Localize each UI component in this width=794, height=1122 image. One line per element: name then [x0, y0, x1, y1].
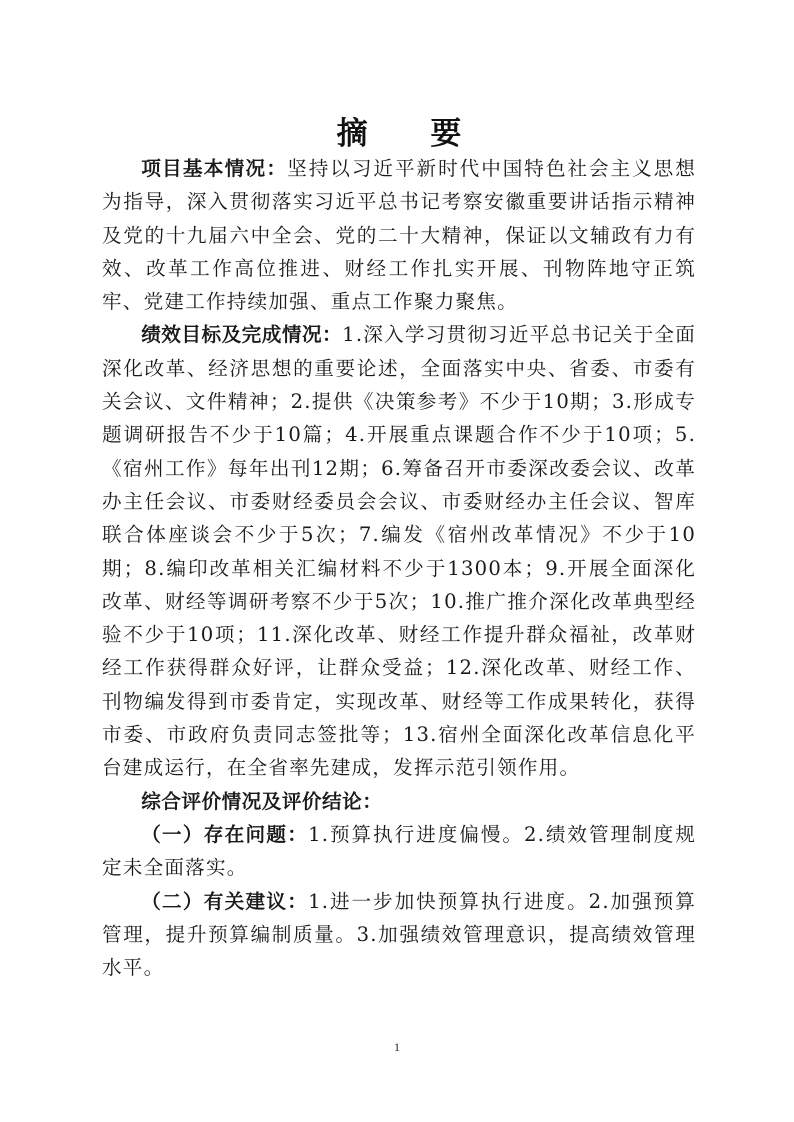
section-text: 1.深入学习贯彻习近平总书记关于全面深化改革、经济思想的重要论述，全面落实中央、…: [102, 323, 696, 779]
section-text: 坚持以习近平新时代中国特色社会主义思想为指导，深入贯彻落实习近平总书记考察安徽重…: [102, 157, 696, 313]
section-label: 综合评价情况及评价结论：: [141, 790, 382, 813]
section-label: 项目基本情况：: [141, 157, 287, 180]
section-basic-info: 项目基本情况：坚持以习近平新时代中国特色社会主义思想为指导，深入贯彻落实习近平总…: [102, 152, 696, 318]
section-label: 绩效目标及完成情况：: [141, 323, 342, 346]
section-problems: （一）存在问题：1.预算执行进度偏慢。2.绩效管理制度规定未全面落实。: [102, 818, 696, 885]
page-number: 1: [0, 1040, 794, 1055]
section-suggestions: （二）有关建议：1.进一步加快预算执行进度。2.加强预算管理，提升预算编制质量。…: [102, 885, 696, 985]
section-performance-goals: 绩效目标及完成情况：1.深入学习贯彻习近平总书记关于全面深化改革、经济思想的重要…: [102, 318, 696, 784]
section-label: （二）有关建议：: [141, 890, 308, 913]
page-title: 摘 要: [102, 108, 696, 153]
section-label: （一）存在问题：: [141, 823, 308, 846]
section-evaluation: 综合评价情况及评价结论：: [102, 785, 696, 818]
document-body: 项目基本情况：坚持以习近平新时代中国特色社会主义思想为指导，深入贯彻落实习近平总…: [102, 152, 696, 984]
